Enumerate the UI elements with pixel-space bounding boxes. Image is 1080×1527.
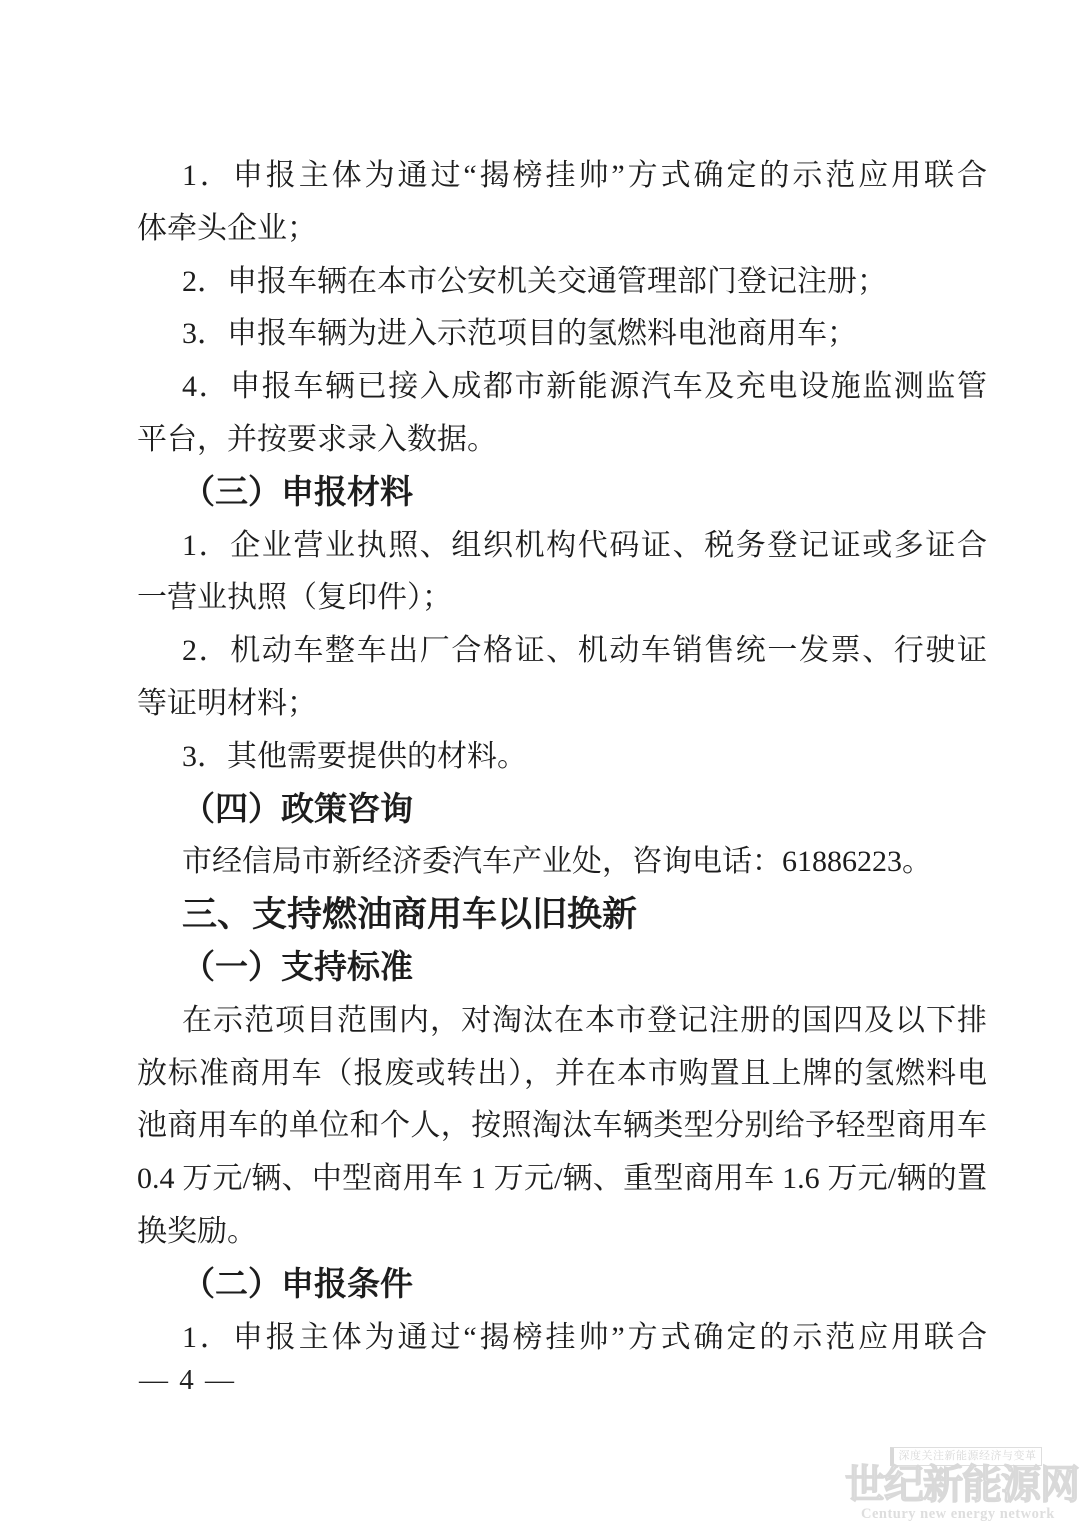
paragraph-line: 2．机动车整车出厂合格证、机动车销售统一发票、行驶证 bbox=[137, 625, 987, 678]
paragraph-line: 一营业执照（复印件）； bbox=[137, 572, 987, 625]
subsection-heading: （一）支持标准 bbox=[137, 942, 987, 995]
paragraph-line: 3．申报车辆为进入示范项目的氢燃料电池商用车； bbox=[137, 308, 987, 361]
paragraph-line: 在示范项目范围内，对淘汰在本市登记注册的国四及以下排 bbox=[137, 995, 987, 1048]
paragraph-line: 池商用车的单位和个人，按照淘汰车辆类型分别给予轻型商用车 bbox=[137, 1100, 987, 1153]
section-heading: 三、支持燃油商用车以旧换新 bbox=[137, 889, 987, 942]
subsection-heading: （三）申报材料 bbox=[137, 467, 987, 520]
paragraph-line: 1．申报主体为通过“揭榜挂帅”方式确定的示范应用联合 bbox=[137, 1312, 987, 1365]
paragraph-line: 2．申报车辆在本市公安机关交通管理部门登记注册； bbox=[137, 256, 987, 309]
paragraph-line: 市经信局市新经济委汽车产业处，咨询电话：61886223。 bbox=[137, 836, 987, 889]
subsection-heading: （二）申报条件 bbox=[137, 1259, 987, 1312]
watermark-subtitle: Century new energy network bbox=[861, 1506, 1055, 1523]
watermark-logo-text: 世纪新能源网 bbox=[845, 1460, 1080, 1510]
paragraph-line: 平台，并按要求录入数据。 bbox=[137, 414, 987, 467]
document-body: 1．申报主体为通过“揭榜挂帅”方式确定的示范应用联合体牵头企业；2．申报车辆在本… bbox=[137, 150, 987, 1364]
paragraph-line: 体牵头企业； bbox=[137, 203, 987, 256]
page-number: — 4 — bbox=[139, 1364, 236, 1397]
document-page: 1．申报主体为通过“揭榜挂帅”方式确定的示范应用联合体牵头企业；2．申报车辆在本… bbox=[0, 0, 1080, 1527]
paragraph-line: 3．其他需要提供的材料。 bbox=[137, 731, 987, 784]
subsection-heading: （四）政策咨询 bbox=[137, 784, 987, 837]
paragraph-line: 等证明材料； bbox=[137, 678, 987, 731]
paragraph-line: 0.4 万元/辆、中型商用车 1 万元/辆、重型商用车 1.6 万元/辆的置 bbox=[137, 1153, 987, 1206]
paragraph-line: 4．申报车辆已接入成都市新能源汽车及充电设施监测监管 bbox=[137, 361, 987, 414]
paragraph-line: 换奖励。 bbox=[137, 1206, 987, 1259]
paragraph-line: 1．申报主体为通过“揭榜挂帅”方式确定的示范应用联合 bbox=[137, 150, 987, 203]
paragraph-line: 放标准商用车（报废或转出），并在本市购置且上牌的氢燃料电 bbox=[137, 1048, 987, 1101]
paragraph-line: 1．企业营业执照、组织机构代码证、税务登记证或多证合 bbox=[137, 520, 987, 573]
